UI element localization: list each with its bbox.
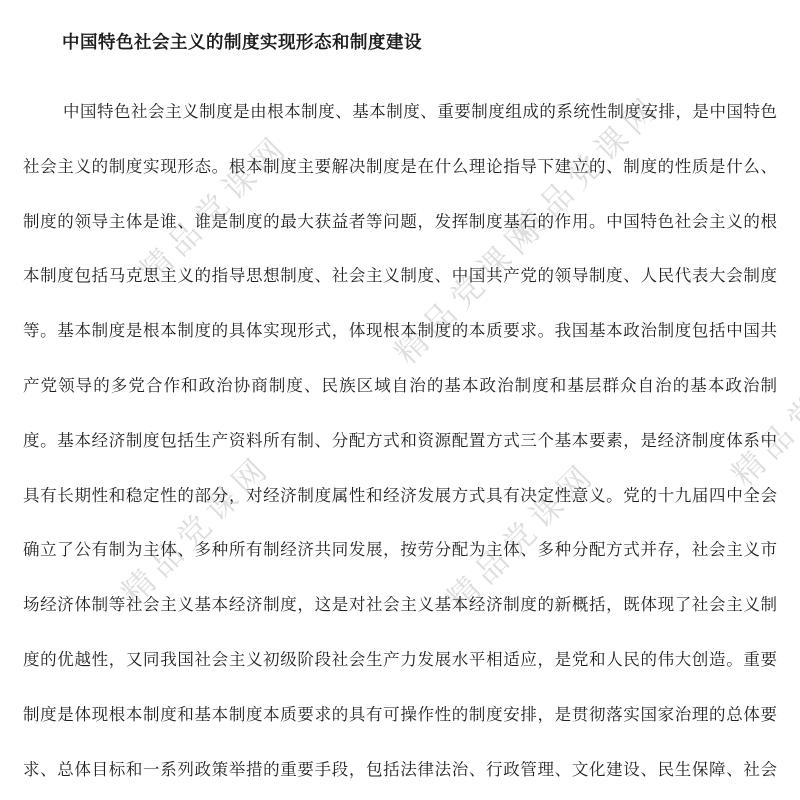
paragraph-line: 制度的领导主体是谁、谁是制度的最大获益者等问题，发挥制度基石的作用。中国特色社会…: [23, 195, 777, 250]
paragraph-line: 本制度包括马克思主义的指导思想制度、社会主义制度、中国共产党的领导制度、人民代表…: [23, 249, 777, 304]
paragraph-line: 社会主义的制度实现形态。根本制度主要解决制度是在什么理论指导下建立的、制度的性质…: [23, 140, 777, 195]
paragraph-line: 等。基本制度是根本制度的具体实现形式，体现根本制度的本质要求。我国基本政治制度包…: [23, 304, 777, 359]
paragraph-line: 度的优越性，又同我国社会主义初级阶段社会生产力发展水平相适应，是党和人民的伟大创…: [23, 633, 777, 688]
document-page: 精品党课网 精品党课网 精品党课网 精品党课网 精品党课网 精品党课网 中国特色…: [0, 0, 800, 800]
document-content: 中国特色社会主义的制度实现形态和制度建设 中国特色社会主义制度是由根本制度、基本…: [0, 0, 800, 797]
paragraph-line: 度。基本经济制度包括生产资料所有制、分配方式和资源配置方式三个基本要素，是经济制…: [23, 414, 777, 469]
paragraph-line: 制度是体现根本制度和基本制度本质要求的具有可操作性的制度安排，是贯彻落实国家治理…: [23, 688, 777, 743]
paragraph-line: 具有长期性和稳定性的部分，对经济制度属性和经济发展方式具有决定性意义。党的十九届…: [23, 469, 777, 524]
paragraph-line: 中国特色社会主义制度是由根本制度、基本制度、重要制度组成的系统性制度安排，是中国…: [23, 85, 777, 140]
paragraph-line: 确立了公有制为主体、多种所有制经济共同发展，按劳分配为主体、多种分配方式并存，社…: [23, 523, 777, 578]
paragraph-line: 求、总体目标和一系列政策举措的重要手段，包括法律法治、行政管理、文化建设、民生保…: [23, 743, 777, 798]
paragraph-line: 产党领导的多党合作和政治协商制度、民族区域自治的基本政治制度和基层群众自治的基本…: [23, 359, 777, 414]
body-paragraph: 中国特色社会主义制度是由根本制度、基本制度、重要制度组成的系统性制度安排，是中国…: [23, 85, 777, 797]
paragraph-line: 场经济体制等社会主义基本经济制度，这是对社会主义基本经济制度的新概括，既体现了社…: [23, 578, 777, 633]
document-title: 中国特色社会主义的制度实现形态和制度建设: [23, 0, 777, 54]
